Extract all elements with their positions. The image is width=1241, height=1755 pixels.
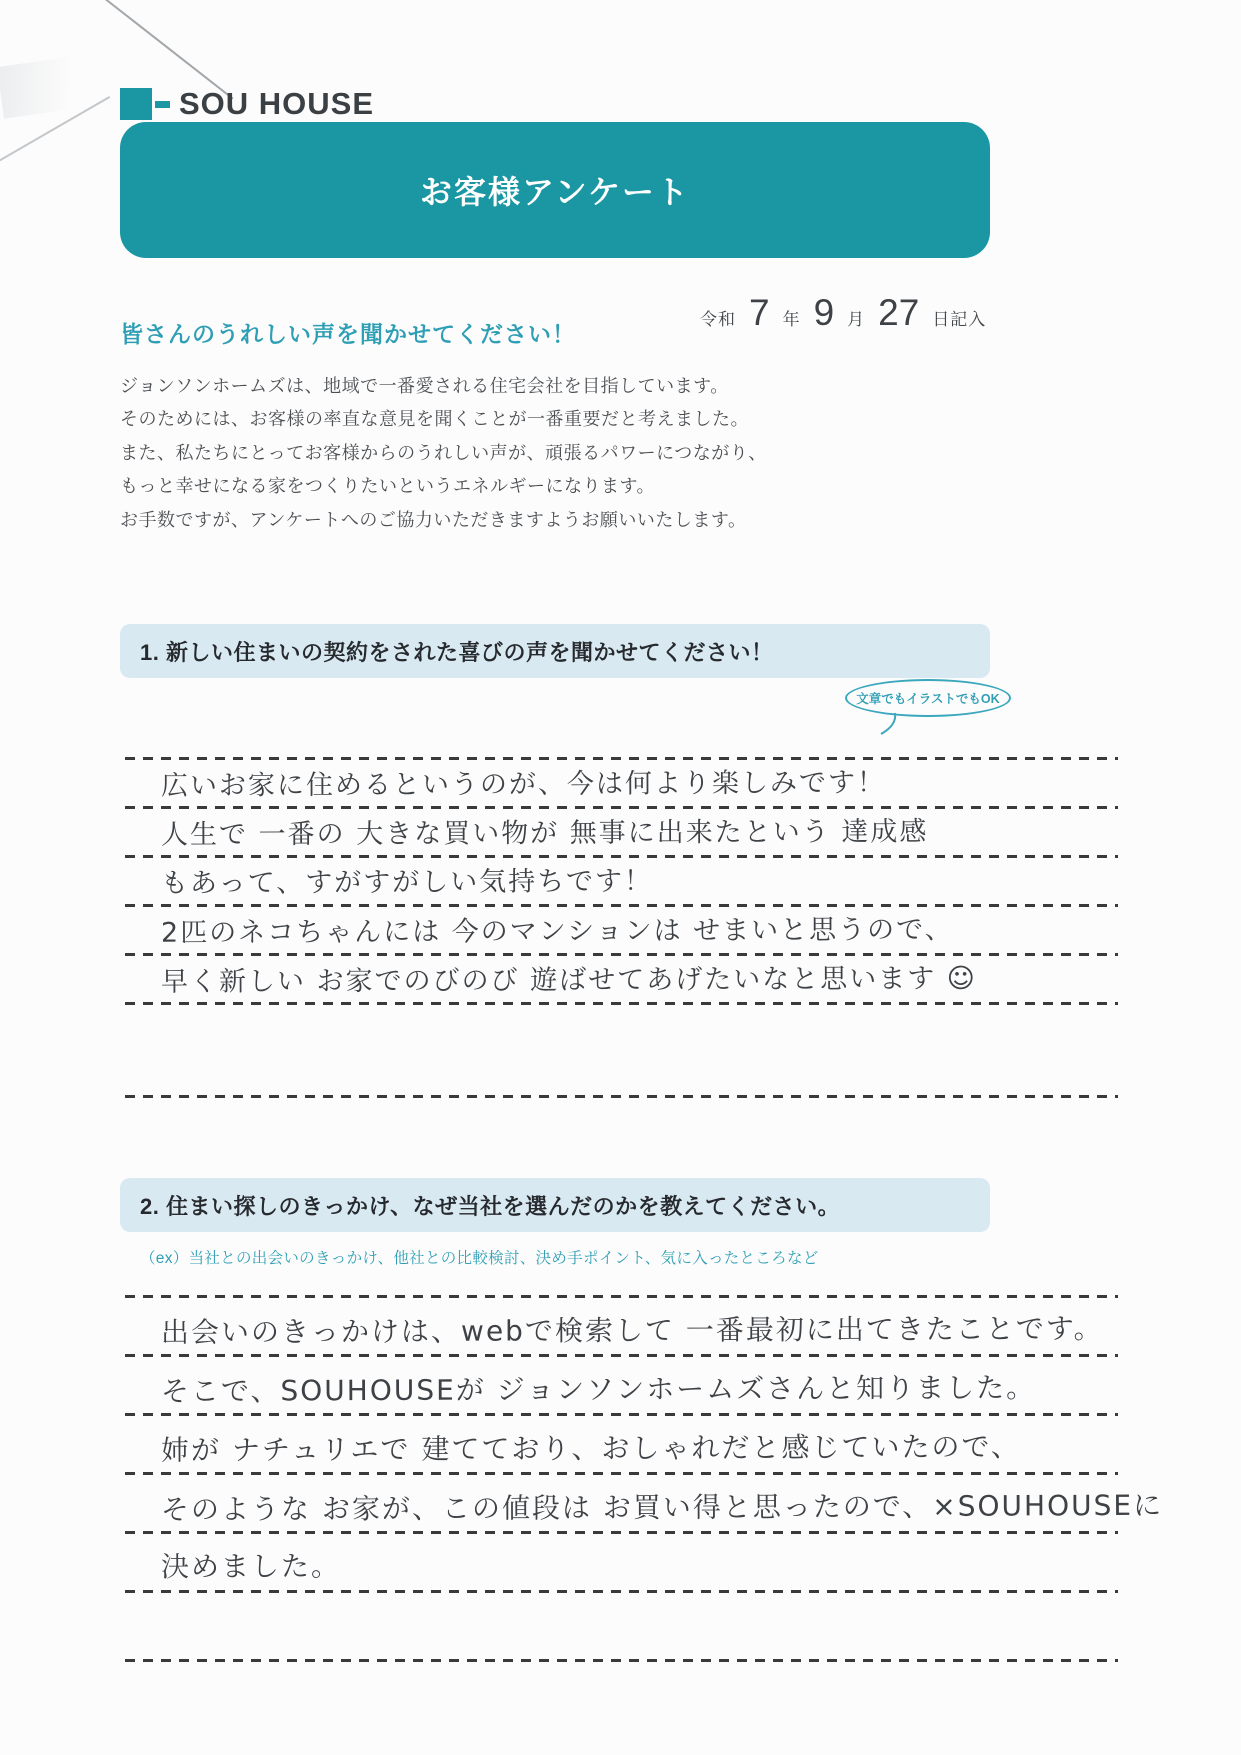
brand-logo: SOU HOUSE xyxy=(120,86,374,122)
intro-line: ジョンソンホームズは、地域で一番愛される住宅会社を目指しています。 xyxy=(120,370,767,403)
scan-artifact-line xyxy=(97,0,234,99)
section2-title: 2. 住まい探しのきっかけ、なぜ当社を選んだのかを教えてください。 xyxy=(140,1190,840,1221)
answer-row: 2匹のネコちゃんには 今のマンションは せまいと思うので、 xyxy=(125,907,1118,953)
handwritten-answer: 決めました。 xyxy=(161,1545,341,1586)
section2-header: 2. 住まい探しのきっかけ、なぜ当社を選んだのかを教えてください。 xyxy=(120,1178,990,1232)
era-label: 令和 xyxy=(700,305,736,330)
answer-row: 広いお家に住めるというのが、今は何より楽しみです！ xyxy=(125,760,1118,806)
section1-answer-area: 広いお家に住めるというのが、今は何より楽しみです！ 人生で 一番の 大きな買い物… xyxy=(125,757,1118,1098)
answer-row: 早く新しい お家でのびのび 遊ばせてあげたいなと思います ☺ xyxy=(125,956,1118,1002)
handwritten-answer: 早く新しい お家でのびのび 遊ばせてあげたいなと思います ☺ xyxy=(161,956,977,999)
handwritten-answer: 姉が ナチュリエで 建てており、おしゃれだと感じていたので、 xyxy=(161,1425,1021,1469)
day-label: 日記入 xyxy=(932,305,986,330)
intro-line: お手数ですが、アンケートへのご協力いただきますようお願いいたします。 xyxy=(120,504,767,537)
brand-name: SOU HOUSE xyxy=(179,86,374,122)
date-entry-line: 令和 7 年 9 月 27 日記入 xyxy=(700,294,986,331)
day-value-handwritten: 27 xyxy=(878,294,919,331)
month-value-handwritten: 9 xyxy=(814,294,835,331)
handwritten-answer: 2匹のネコちゃんには 今のマンションは せまいと思うので、 xyxy=(161,907,954,949)
answer-row-empty xyxy=(125,1005,1118,1095)
answer-row: もあって、すがすがしい気持ちです！ xyxy=(125,858,1118,904)
logo-dash-icon xyxy=(155,101,170,108)
section1-header: 1. 新しい住まいの契約をされた喜びの声を聞かせてください！ xyxy=(120,624,990,678)
handwritten-answer: 広いお家に住めるというのが、今は何より楽しみです！ xyxy=(161,760,886,802)
handwritten-answer: もあって、すがすがしい気持ちです！ xyxy=(161,859,653,900)
answer-row: 決めました。 xyxy=(125,1534,1118,1590)
section2-answer-area: 出会いのきっかけは、webで検索して 一番最初に出てきたことです。 そこで、SO… xyxy=(125,1295,1118,1662)
answer-row: 出会いのきっかけは、webで検索して 一番最初に出てきたことです。 xyxy=(125,1298,1118,1354)
answer-row-empty xyxy=(125,1593,1118,1659)
speech-bubble-tail xyxy=(879,712,901,736)
month-label: 月 xyxy=(847,305,865,330)
handwritten-answer: そこで、SOUHOUSEが ジョンソンホームズさんと知りました。 xyxy=(161,1366,1036,1410)
handwritten-answer: そのような お家が、この値段は お買い得と思ったので、×SOUHOUSEに xyxy=(161,1484,1163,1528)
year-label: 年 xyxy=(783,305,801,330)
dashed-rule xyxy=(125,1659,1118,1662)
survey-title: お客様アンケート xyxy=(420,167,690,213)
logo-square-icon xyxy=(120,88,152,120)
survey-title-banner: お客様アンケート xyxy=(120,122,990,258)
section2-hint: （ex）当社との出会いのきっかけ、他社との比較検討、決め手ポイント、気に入ったと… xyxy=(140,1246,819,1268)
intro-line: また、私たちにとってお客様からのうれしい声が、頑張るパワーにつながり、 xyxy=(120,437,767,470)
scanned-survey-page: SOU HOUSE お客様アンケート 皆さんのうれしい声を聞かせてください！ 令… xyxy=(0,0,1241,1755)
answer-row: そこで、SOUHOUSEが ジョンソンホームズさんと知りました。 xyxy=(125,1357,1118,1413)
section1-title: 1. 新しい住まいの契約をされた喜びの声を聞かせてください！ xyxy=(140,636,773,667)
answer-row: 人生で 一番の 大きな買い物が 無事に出来たという 達成感 xyxy=(125,809,1118,855)
answer-row: そのような お家が、この値段は お買い得と思ったので、×SOUHOUSEに xyxy=(125,1475,1118,1531)
speech-bubble: 文章でもイラストでもOK xyxy=(845,679,1011,717)
speech-bubble-label: 文章でもイラストでもOK xyxy=(856,689,999,707)
intro-paragraph: ジョンソンホームズは、地域で一番愛される住宅会社を目指しています。 そのためには… xyxy=(120,370,767,537)
intro-line: もっと幸せになる家をつくりたいというエネルギーになります。 xyxy=(120,470,767,503)
answer-row: 姉が ナチュリエで 建てており、おしゃれだと感じていたので、 xyxy=(125,1416,1118,1472)
dashed-rule xyxy=(125,1095,1118,1098)
handwritten-answer: 人生で 一番の 大きな買い物が 無事に出来たという 達成感 xyxy=(161,809,929,851)
greeting-text: 皆さんのうれしい声を聞かせてください！ xyxy=(120,316,576,349)
handwritten-answer: 出会いのきっかけは、webで検索して 一番最初に出てきたことです。 xyxy=(161,1307,1104,1351)
year-value-handwritten: 7 xyxy=(749,294,770,331)
intro-line: そのためには、お客様の率直な意見を聞くことが一番重要だと考えました。 xyxy=(120,403,767,436)
